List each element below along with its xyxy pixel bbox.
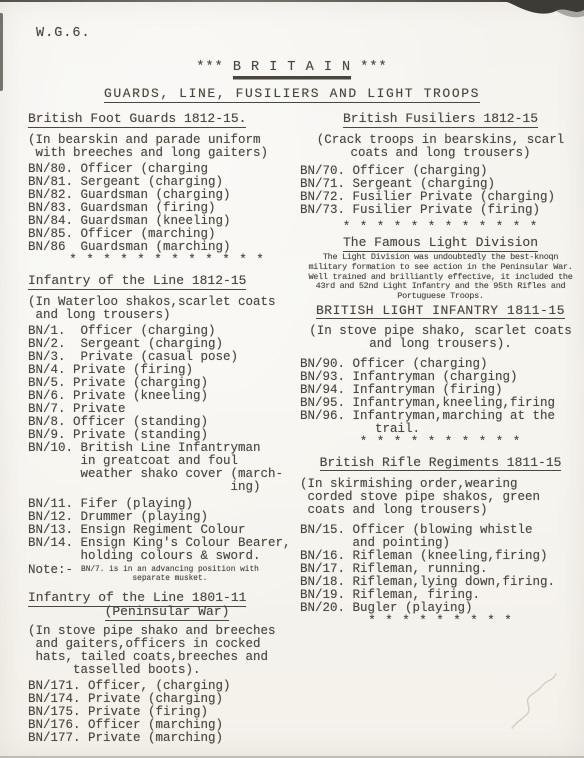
left-column: British Foot Guards 1812-15. (In bearski…: [28, 112, 306, 745]
title-stars-right: ***: [360, 60, 387, 75]
pencil-scribble: [502, 664, 566, 738]
page-subtitle: GUARDS, LINE, FUSILIERS AND LIGHT TROOPS: [0, 86, 584, 101]
section-description: (In stove pipe shako and breeches and ga…: [28, 625, 306, 677]
star-divider: * * * * * * * * * * * *: [28, 254, 306, 267]
scanned-document-page: W.G.6. *** B R I T A I N *** GUARDS, LIN…: [0, 0, 584, 758]
scan-left-edge-mark: [0, 13, 3, 91]
section-subheading: (Peninsular War): [28, 605, 306, 618]
section-heading: Infantry of the Line 1812-15: [28, 274, 306, 287]
section-infantry-line-1812: Infantry of the Line 1812-15 (In Waterlo…: [28, 274, 306, 584]
section-light-division: The Famous Light Division The Light Divi…: [300, 236, 581, 302]
section-rifle-regiments: British Rifle Regiments 1811-15 (In skir…: [300, 456, 581, 628]
section-infantry-line-1801: Infantry of the Line 1801-11 (Peninsular…: [28, 591, 306, 745]
figure-list: BN/15. Officer (blowing whistle and poin…: [300, 524, 581, 615]
star-divider: * * * * * * * * * *: [300, 436, 581, 449]
section-heading: The Famous Light Division: [300, 236, 581, 249]
section-description: (In stove pipe shako, scarlet coats and …: [300, 325, 581, 351]
light-division-blurb: The Light Division was undoubtedly the b…: [300, 253, 581, 302]
section-description: (Crack troops in bearskins, scarl coats …: [300, 134, 581, 160]
page-reference: W.G.6.: [36, 26, 91, 41]
section-description: (In skirmishing order,wearing corded sto…: [300, 478, 581, 517]
note: Note:- BN/7. is in an advancing position…: [28, 564, 306, 584]
section-foot-guards: British Foot Guards 1812-15. (In bearski…: [28, 112, 306, 267]
section-description: (In bearskin and parade uniform with bre…: [28, 134, 306, 160]
figure-list: BN/70. Officer (charging) BN/71. Sergean…: [300, 165, 581, 217]
title-text: B R I T A I N: [233, 60, 351, 77]
figure-list: BN/1. Officer (charging) BN/2. Sergeant …: [28, 325, 306, 494]
star-divider: * * * * * * * * * * * *: [300, 221, 581, 234]
star-divider: * * * * * * * * *: [300, 615, 581, 628]
page-title: *** B R I T A I N ***: [0, 60, 584, 75]
section-fusiliers: British Fusiliers 1812-15 (Crack troops …: [300, 112, 581, 234]
title-stars-left: ***: [196, 60, 223, 75]
section-heading: British Rifle Regiments 1811-15: [300, 456, 581, 469]
note-text: BN/7. is in an advancing position with s…: [81, 564, 259, 584]
section-heading: British Fusiliers 1812-15: [300, 112, 581, 125]
figure-list-musicians: BN/11. Fifer (playing) BN/12. Drummer (p…: [28, 498, 306, 563]
page-curl-corner: [500, 0, 584, 24]
section-heading: British Foot Guards 1812-15.: [28, 112, 306, 125]
scan-top-edge: [0, 0, 584, 2]
note-label: Note:-: [28, 564, 73, 577]
figure-list: BN/171. Officer, (charging) BN/174. Priv…: [28, 680, 306, 745]
right-column: British Fusiliers 1812-15 (Crack troops …: [300, 112, 581, 630]
section-heading: BRITISH LIGHT INFANTRY 1811-15: [300, 304, 581, 317]
section-light-infantry: BRITISH LIGHT INFANTRY 1811-15 (In stove…: [300, 304, 581, 449]
figure-list: BN/90. Officer (charging) BN/93. Infantr…: [300, 358, 581, 436]
section-description: (In Waterloo shakos,scarlet coats and lo…: [28, 296, 306, 322]
figure-list: BN/80. Officer (charging BN/81. Sergeant…: [28, 163, 306, 254]
section-heading: Infantry of the Line 1801-11: [28, 591, 306, 604]
